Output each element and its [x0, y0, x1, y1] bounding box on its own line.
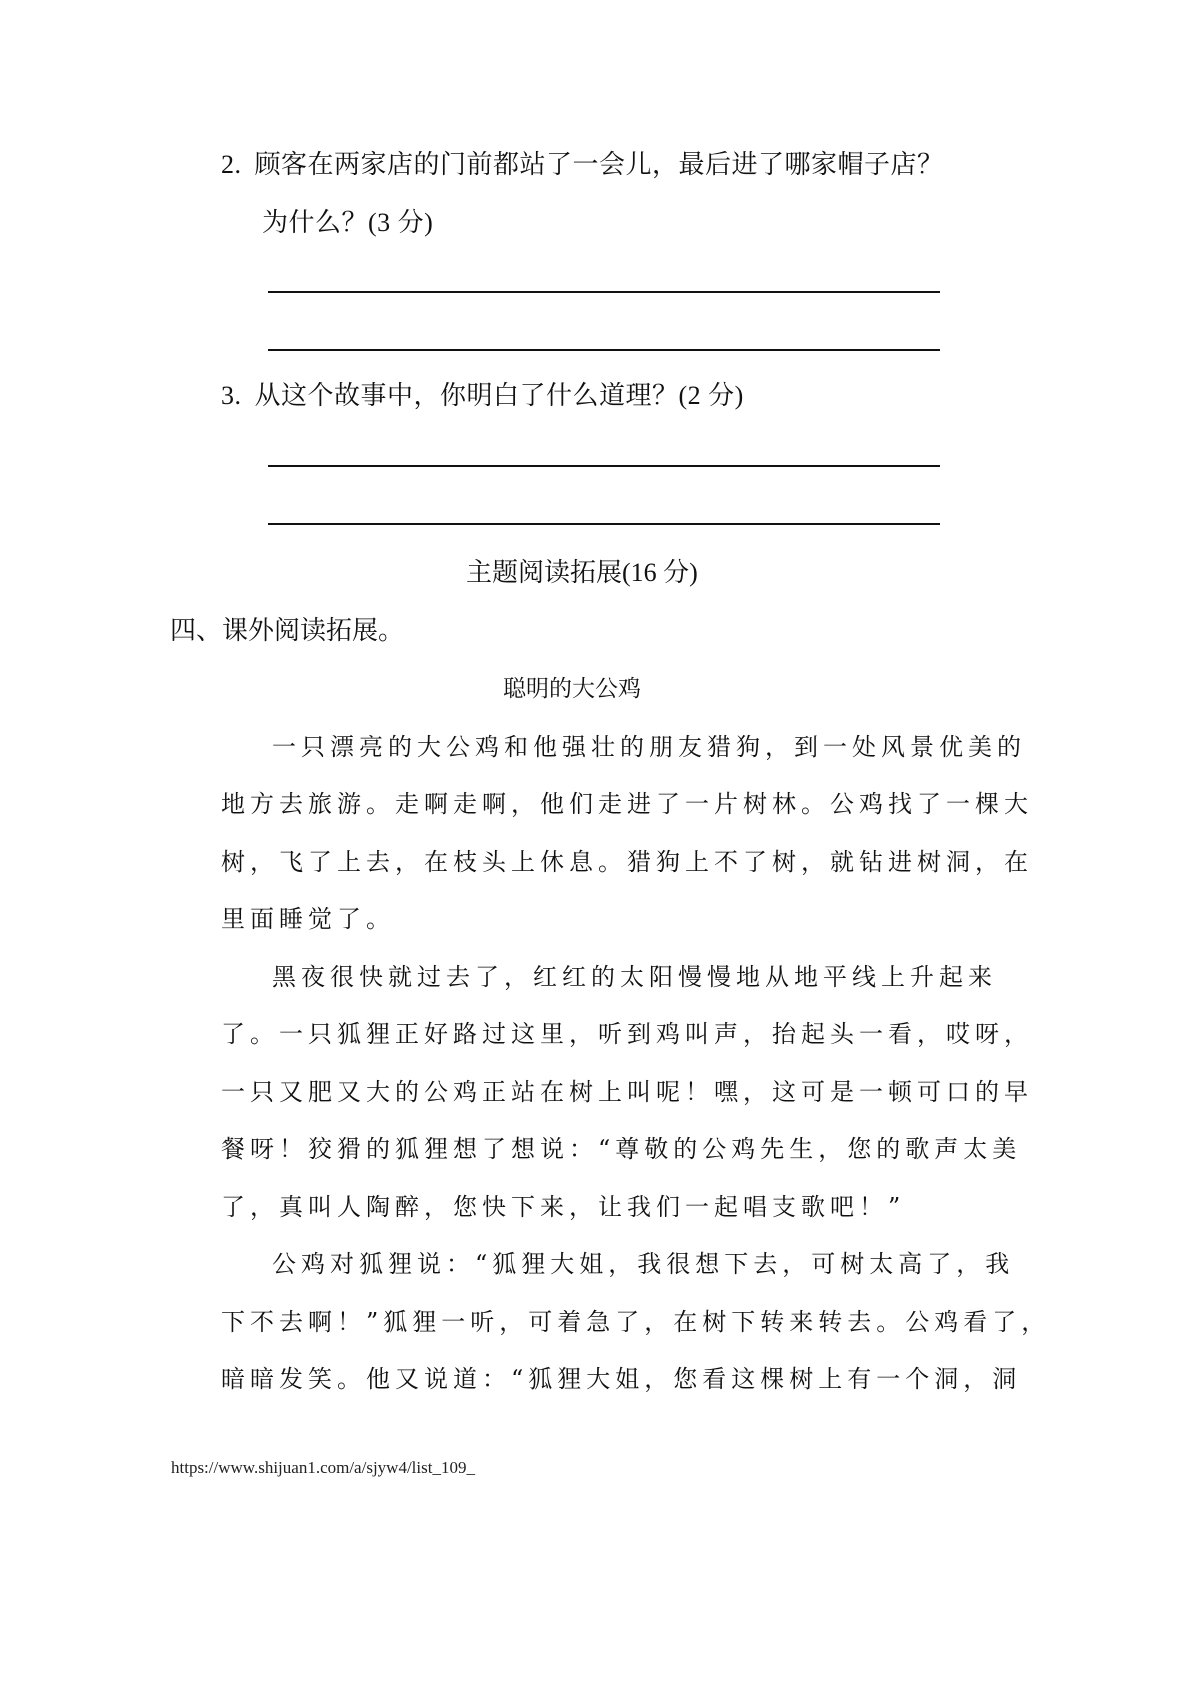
- question-text: 从这个故事中，你明白了什么道理？(2 分): [255, 381, 744, 410]
- story-line: 一只又肥又大的公鸡正站在树上叫呢！嘿，这可是一顿可口的早: [221, 1080, 1033, 1104]
- story-line: 公鸡对狐狸说：“狐狸大姐，我很想下去，可树太高了，我: [272, 1252, 1014, 1276]
- story-line: 树，飞了上去，在枝头上休息。猎狗上不了树，就钻进树洞，在: [221, 850, 1033, 874]
- footer-url[interactable]: https://www.shijuan1.com/a/sjyw4/list_10…: [171, 1459, 475, 1476]
- answer-line[interactable]: [268, 523, 940, 525]
- question-number: 3.: [221, 381, 242, 410]
- story-line: 了，真叫人陶醉，您快下来，让我们一起唱支歌吧！”: [221, 1195, 905, 1219]
- story-line: 餐呀！狡猾的狐狸想了想说：“尊敬的公鸡先生，您的歌声太美: [221, 1137, 1021, 1161]
- question-2-continuation: 为什么？(3 分): [262, 210, 433, 236]
- answer-line[interactable]: [268, 349, 940, 351]
- story-title: 聪明的大公鸡: [503, 678, 641, 701]
- story-line: 下不去啊！”狐狸一听，可着急了，在树下转来转去。公鸡看了，: [221, 1310, 1050, 1334]
- story-line: 了。一只狐狸正好路过这里，听到鸡叫声，抬起头一看，哎呀，: [221, 1022, 1033, 1046]
- question-number: 2.: [221, 150, 242, 179]
- story-line: 里面睡觉了。: [221, 907, 395, 931]
- story-line: 一只漂亮的大公鸡和他强壮的朋友猎狗，到一处风景优美的: [272, 735, 1026, 759]
- story-line: 地方去旅游。走啊走啊，他们走进了一片树林。公鸡找了一棵大: [221, 792, 1033, 816]
- question-text: 顾客在两家店的门前都站了一会儿，最后进了哪家帽子店？: [255, 150, 944, 179]
- story-line: 黑夜很快就过去了，红红的太阳慢慢地从地平线上升起来: [272, 965, 997, 989]
- story-line: 暗暗发笑。他又说道：“狐狸大姐，您看这棵树上有一个洞，洞: [221, 1367, 1021, 1391]
- answer-line[interactable]: [268, 291, 940, 293]
- question-2: 2. 顾客在两家店的门前都站了一会儿，最后进了哪家帽子店？: [221, 152, 944, 178]
- section-title: 主题阅读拓展(16 分): [466, 560, 698, 586]
- answer-line[interactable]: [268, 465, 940, 467]
- question-3: 3. 从这个故事中，你明白了什么道理？(2 分): [221, 383, 744, 409]
- section-heading: 四、课外阅读拓展。: [170, 618, 404, 644]
